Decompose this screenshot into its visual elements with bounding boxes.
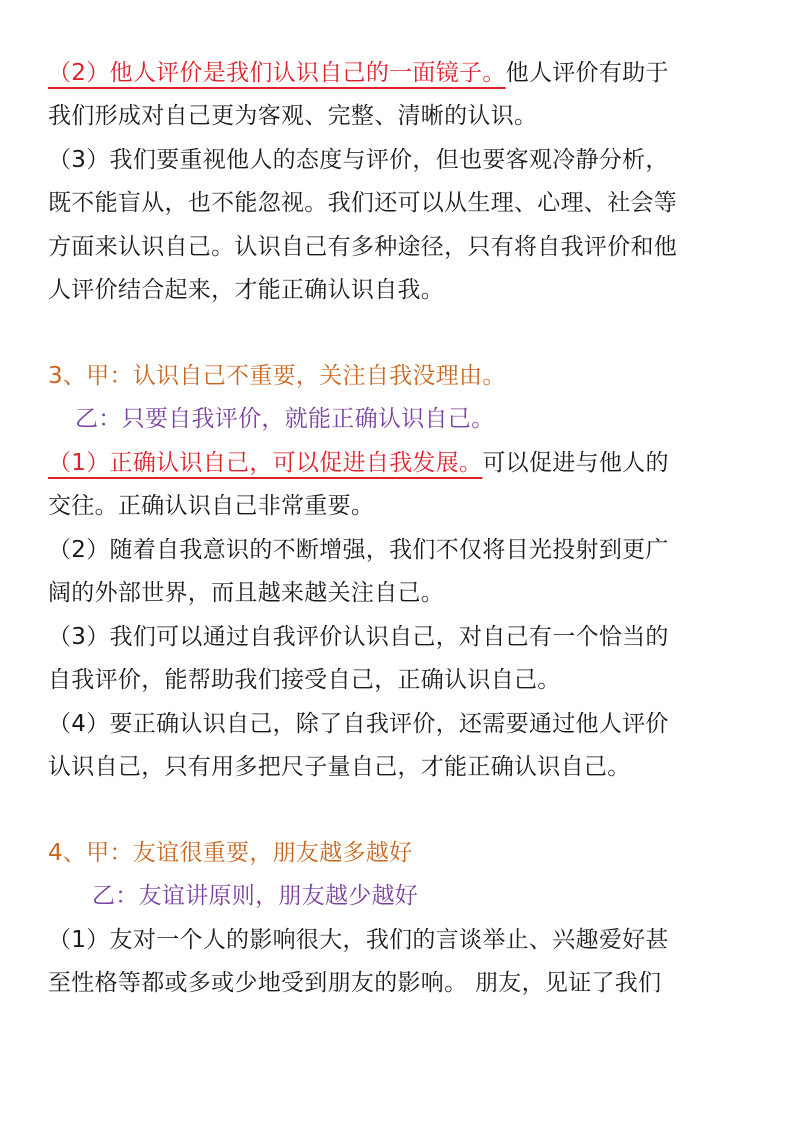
question-statement-yi: 乙：只要自我评价，就能正确认识自己。 — [75, 404, 494, 434]
paragraph-line: （1）正确认识自己，可以促进自我发展。可以促进与他人的 — [48, 448, 669, 478]
paragraph-line: 自我评价，能帮助我们接受自己，正确认识自己。 — [48, 665, 561, 695]
paragraph-line: （3）我们要重视他人的态度与评价，但也要客观冷静分析， — [48, 145, 669, 175]
paragraph-line: 我们形成对自己更为客观、完整、清晰的认识。 — [48, 101, 537, 131]
paragraph-line: 既不能盲从，也不能忽视。我们还可以从生理、心理、社会等 — [48, 188, 677, 218]
question-statement-jia: 4、甲：友谊很重要，朋友越多越好 — [48, 838, 412, 868]
paragraph-line: （1）友对一个人的影响很大，我们的言谈举止、兴趣爱好甚 — [48, 925, 669, 955]
paragraph-line: （2）随着自我意识的不断增强，我们不仅将目光投射到更广 — [48, 535, 669, 565]
paragraph-line: （4）要正确认识自己，除了自我评价，还需要通过他人评价 — [48, 709, 669, 739]
paragraph-line: 至性格等都或多或少地受到朋友的影响。 朋友，见证了我们 — [48, 968, 661, 998]
question-statement-yi: 乙：友谊讲原则，朋友越少越好 — [92, 881, 418, 911]
paragraph-line: （2）他人评价是我们认识自己的一面镜子。他人评价有助于 — [48, 58, 669, 88]
paragraph-line: 交往。正确认识自己非常重要。 — [48, 491, 374, 521]
paragraph-line: 方面来认识自己。认识自己有多种途径，只有将自我评价和他 — [48, 232, 677, 262]
paragraph-line: 人评价结合起来，才能正确认识自我。 — [48, 275, 444, 305]
paragraph-line: （3）我们可以通过自我评价认识自己，对自己有一个恰当的 — [48, 622, 669, 652]
key-point-highlight: （2）他人评价是我们认识自己的一面镜子。 — [48, 60, 506, 86]
question-statement-jia: 3、甲：认识自己不重要，关注自我没理由。 — [48, 361, 506, 391]
key-point-highlight: （1）正确认识自己，可以促进自我发展。 — [48, 450, 482, 476]
paragraph-line: 阔的外部世界，而且越来越关注自己。 — [48, 578, 444, 608]
paragraph-line: 认识自己，只有用多把尺子量自己，才能正确认识自己。 — [48, 752, 631, 782]
